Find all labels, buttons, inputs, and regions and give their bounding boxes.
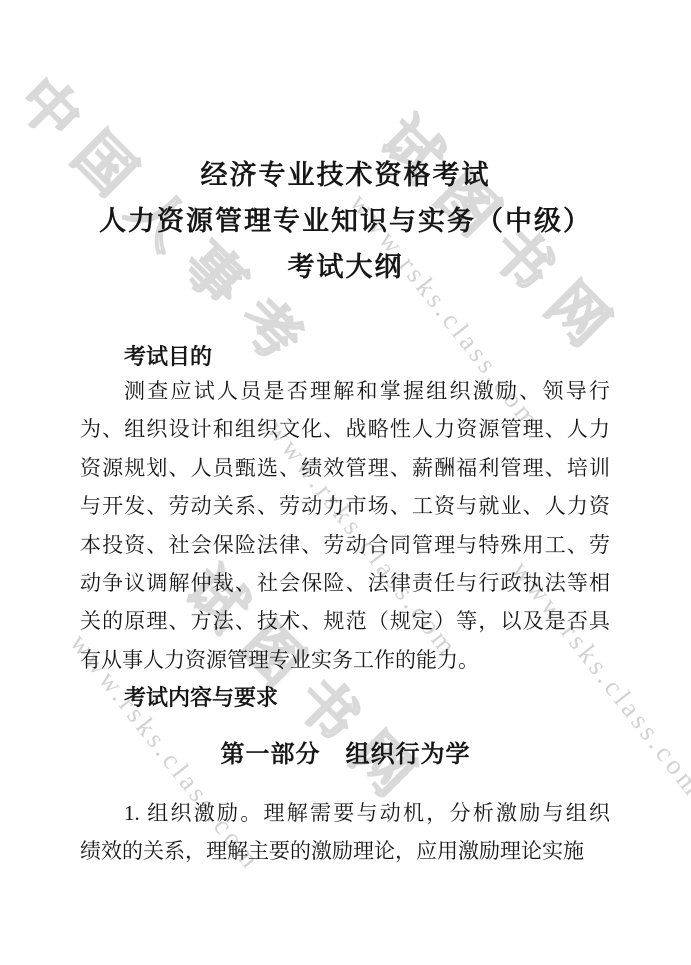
document-title: 经济专业技术资格考试 人力资源管理专业知识与实务（中级） 考试大纲: [0, 152, 691, 290]
document-page: 中国人事考 试图书网 试图书网 www.rsks.class.com www.r…: [0, 0, 691, 965]
text-line: 有从事人力资源管理专业实务工作的能力。: [80, 641, 610, 679]
title-line-3: 考试大纲: [0, 244, 691, 290]
text-line: 1. 组织激励。理解需要与动机，分析激励与组织: [80, 794, 610, 832]
text-line: 本投资、社会保险法律、劳动合同管理与特殊用工、劳: [80, 526, 610, 564]
text-line: 资源规划、人员甄选、绩效管理、薪酬福利管理、培训: [80, 449, 610, 487]
purpose-paragraph: 测查应试人员是否理解和掌握组织激励、领导行 为、组织设计和组织文化、战略性人力资…: [80, 372, 610, 679]
content-requirements-heading: 考试内容与要求: [80, 679, 610, 717]
title-line-2: 人力资源管理专业知识与实务（中级）: [0, 198, 691, 244]
text-line: 动争议调解仲裁、社会保险、法律责任与行政执法等相: [80, 564, 610, 602]
text-line: 关的原理、方法、技术、规范（规定）等，以及是否具: [80, 602, 610, 640]
part-one-paragraph: 1. 组织激励。理解需要与动机，分析激励与组织 绩效的关系，理解主要的激励理论，…: [80, 794, 610, 871]
purpose-heading: 考试目的: [80, 342, 610, 372]
text-line: 绩效的关系，理解主要的激励理论，应用激励理论实施: [80, 832, 610, 870]
title-line-1: 经济专业技术资格考试: [0, 152, 691, 198]
text-line: 为、组织设计和组织文化、战略性人力资源管理、人力: [80, 410, 610, 448]
text-line: 测查应试人员是否理解和掌握组织激励、领导行: [80, 372, 610, 410]
document-content: 经济专业技术资格考试 人力资源管理专业知识与实务（中级） 考试大纲 考试目的 测…: [0, 152, 691, 870]
part-one-title: 第一部分 组织行为学: [0, 735, 691, 775]
text-line: 与开发、劳动关系、劳动力市场、工资与就业、人力资: [80, 487, 610, 525]
